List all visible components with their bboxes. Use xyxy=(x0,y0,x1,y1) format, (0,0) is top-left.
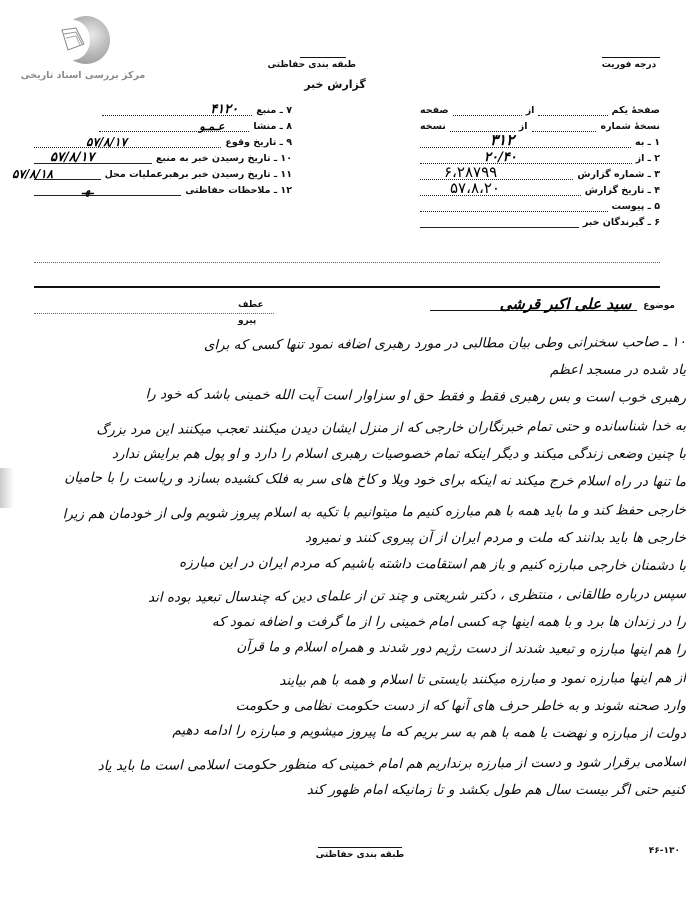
classification-label: طبقه بندی حفاظتی xyxy=(292,60,356,70)
field-recipients: ۶ ـ گیرندگان خبر xyxy=(420,212,660,228)
field-value-line[interactable]: ۳۱۲ xyxy=(420,137,631,148)
field-from: ۲ ـ از ۲۰/۴۰ xyxy=(420,148,660,164)
field-value: ۵۷/۸/۱۸ xyxy=(12,167,53,181)
reference-atf-label: عطف xyxy=(238,300,272,310)
field-origin: ۸ ـ منشا عـمـو xyxy=(34,116,292,132)
field-value-line[interactable] xyxy=(420,217,579,228)
field-label: ۲ ـ از xyxy=(636,153,660,164)
field-label: ۱۲ ـ ملاحظات حفاظتی xyxy=(185,185,292,196)
archive-book-circle-icon xyxy=(58,26,88,54)
field-label: ۶ ـ گیرندگان خبر xyxy=(583,217,660,228)
field-ops-received-date: ۱۱ ـ تاریخ رسیدن خبر برهبرعملیات محل ۵۷/… xyxy=(34,164,292,180)
subject-top-rule xyxy=(34,286,660,288)
field-label: ۵ ـ پیوست xyxy=(612,201,660,212)
handwritten-line: کنیم حتی اگر بیست سال هم طول بکشد و تا ز… xyxy=(14,776,686,804)
reference-line[interactable] xyxy=(34,313,274,314)
field-source: ۷ ـ منبع ۴۱۲۰ xyxy=(34,100,292,116)
footer-classification-label: طبقه بندی حفاظتی xyxy=(310,850,410,860)
handwritten-line: با دشمنان خارجی مبارزه کنیم و باز هم است… xyxy=(14,547,686,580)
copy-label: نسخهٔ شماره xyxy=(600,121,660,132)
field-value: ۳۱۲ xyxy=(490,131,514,149)
subject-field[interactable]: سید علی اکبر قرشی xyxy=(430,296,637,311)
form-title: گزارش خبر xyxy=(300,78,370,91)
field-label: ۱۱ ـ تاریخ رسیدن خبر برهبرعملیات محل xyxy=(105,169,292,180)
field-attachment: ۵ ـ پیوست xyxy=(420,196,660,212)
subject-row: موضوع سید علی اکبر قرشی xyxy=(430,296,675,311)
field-value-line[interactable]: ـهـ xyxy=(34,185,181,196)
field-occurrence-date: ۹ ـ تاریخ وقوع ۵۷/۸/۱۷ xyxy=(34,132,292,148)
field-value-line[interactable]: ۵۷/۸/۱۷ xyxy=(34,153,152,164)
subject-value: سید علی اکبر قرشی xyxy=(500,295,632,313)
field-value: ۵۷/۸/۱۷ xyxy=(86,135,127,149)
field-source-received-date: ۱۰ ـ تاریخ رسیدن خبر به منبع ۵۷/۸/۱۷ xyxy=(34,148,292,164)
field-value-line[interactable] xyxy=(420,201,608,212)
field-security-notes: ۱۲ ـ ملاحظات حفاظتی ـهـ xyxy=(34,180,292,196)
archive-logo: مرکز بررسی اسناد تاریخی xyxy=(18,12,148,84)
handwritten-line: ما تنها در راه اسلام خرج میکند نه اینکه … xyxy=(14,463,686,496)
page-total-field[interactable] xyxy=(453,105,522,116)
subject-label: موضوع xyxy=(643,301,675,311)
copy-unit-label: نسخه xyxy=(420,121,446,132)
handwritten-line: را هم اینها مبارزه و تبعید شدند از دست ر… xyxy=(14,631,686,664)
footer-classification-rule xyxy=(318,847,402,848)
field-value-line[interactable]: ۵۷،۸،۲۰ xyxy=(420,185,581,196)
left-fields: ۷ ـ منبع ۴۱۲۰ ۸ ـ منشا عـمـو ۹ ـ تاریخ و… xyxy=(34,100,292,196)
urgency-label: درجه فوریت xyxy=(596,60,662,70)
report-body: ۱۰ ـ صاحب سخنرانی وطی بیان مطالبی در مور… xyxy=(14,328,686,804)
field-value: ۴۱۲۰ xyxy=(210,102,238,117)
logo-text: مرکز بررسی اسناد تاریخی xyxy=(18,70,148,81)
header-divider xyxy=(34,262,660,263)
page-number-line: صفحهٔ یکم از صفحه xyxy=(420,100,660,116)
field-value: ۵۷،۸،۲۰ xyxy=(450,179,500,197)
field-value-line[interactable]: ۴۱۲۰ xyxy=(102,105,252,116)
field-label: ۱۰ ـ تاریخ رسیدن خبر به منبع xyxy=(156,153,292,164)
handwritten-line: دولت از مبارزه و نهضت با همه با هم به سر… xyxy=(14,715,686,748)
field-value-line[interactable]: عـمـو xyxy=(99,121,249,132)
page-label: صفحهٔ یکم xyxy=(612,105,660,116)
field-value-line[interactable]: ۵۷/۸/۱۸ xyxy=(34,169,101,180)
field-label: ۳ ـ شماره گزارش xyxy=(577,169,660,180)
copy-from-label: از xyxy=(519,121,528,132)
copy-number-line: نسخهٔ شماره از نسخه xyxy=(420,116,660,132)
field-value: ۵۷/۸/۱۷ xyxy=(50,150,94,165)
field-label: ۹ ـ تاریخ وقوع xyxy=(225,137,292,148)
form-code: ۴۶-۱۳۰ xyxy=(630,846,680,856)
right-fields: صفحهٔ یکم از صفحه نسخهٔ شماره از نسخه ۱ … xyxy=(420,100,660,228)
field-label: ۱ ـ به xyxy=(635,137,660,148)
field-report-date: ۴ ـ تاریخ گزارش ۵۷،۸،۲۰ xyxy=(420,180,660,196)
field-label: ۴ ـ تاریخ گزارش xyxy=(585,185,660,196)
field-value: عـمـو xyxy=(199,120,224,133)
classification-rule xyxy=(300,57,346,58)
page-from-label: از xyxy=(526,105,535,116)
field-value: ـهـ xyxy=(82,184,94,197)
field-report-number: ۳ ـ شماره گزارش ۶،۲۸۷۹۹ xyxy=(420,164,660,180)
urgency-rule xyxy=(602,57,660,58)
scan-punch-mark xyxy=(0,468,14,508)
field-label: ۸ ـ منشا xyxy=(253,121,292,132)
field-to: ۱ ـ به ۳۱۲ xyxy=(420,132,660,148)
copy-from-field[interactable] xyxy=(532,121,597,132)
field-label: ۷ ـ منبع xyxy=(256,105,292,116)
page-from-field[interactable] xyxy=(538,105,607,116)
page-unit-label: صفحه xyxy=(420,105,449,116)
handwritten-line: رهبری خوب است و بس رهبری فقط و فقط حق او… xyxy=(14,379,686,412)
field-value-line[interactable]: ۵۷/۸/۱۷ xyxy=(34,137,221,148)
reference-peyro-label: پیرو xyxy=(238,316,272,326)
